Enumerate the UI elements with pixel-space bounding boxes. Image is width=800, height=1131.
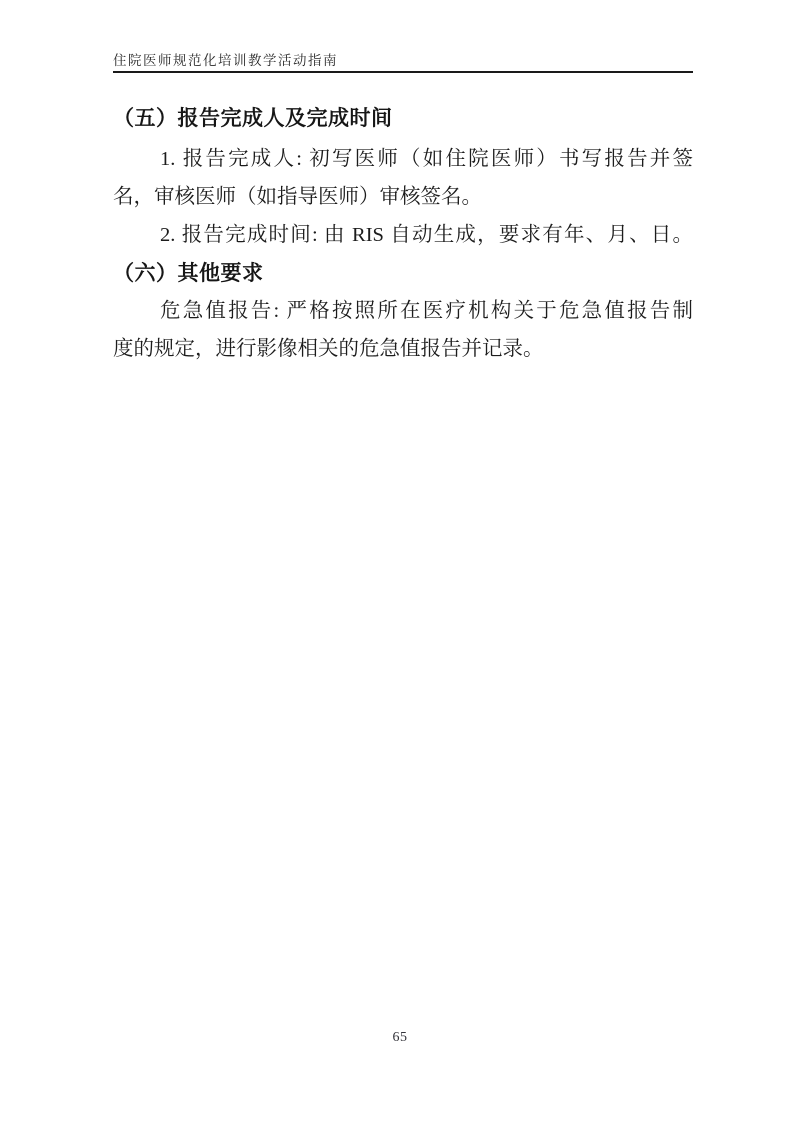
- header-rule: [113, 71, 693, 73]
- section-heading-5: （五）报告完成人及完成时间: [113, 96, 693, 140]
- body-line: 2. 报告完成时间: 由 RIS 自动生成，要求有年、月、日。: [113, 216, 693, 254]
- running-header-title: 住院医师规范化培训教学活动指南: [113, 52, 693, 69]
- page-number: 65: [393, 1030, 408, 1045]
- page-footer: 65: [0, 1028, 800, 1047]
- body-line: 危急值报告: 严格按照所在医疗机构关于危急值报告制: [113, 292, 693, 330]
- body-line: 度的规定，进行影像相关的危急值报告并记录。: [113, 330, 693, 368]
- body-line: 名，审核医师（如指导医师）审核签名。: [113, 178, 693, 216]
- section-heading-6: （六）其他要求: [113, 254, 693, 292]
- running-header: 住院医师规范化培训教学活动指南: [113, 52, 693, 73]
- page-body: （五）报告完成人及完成时间 1. 报告完成人: 初写医师（如住院医师）书写报告并…: [113, 96, 693, 368]
- body-line: 1. 报告完成人: 初写医师（如住院医师）书写报告并签: [113, 140, 693, 178]
- document-page: 住院医师规范化培训教学活动指南 （五）报告完成人及完成时间 1. 报告完成人: …: [0, 0, 800, 1131]
